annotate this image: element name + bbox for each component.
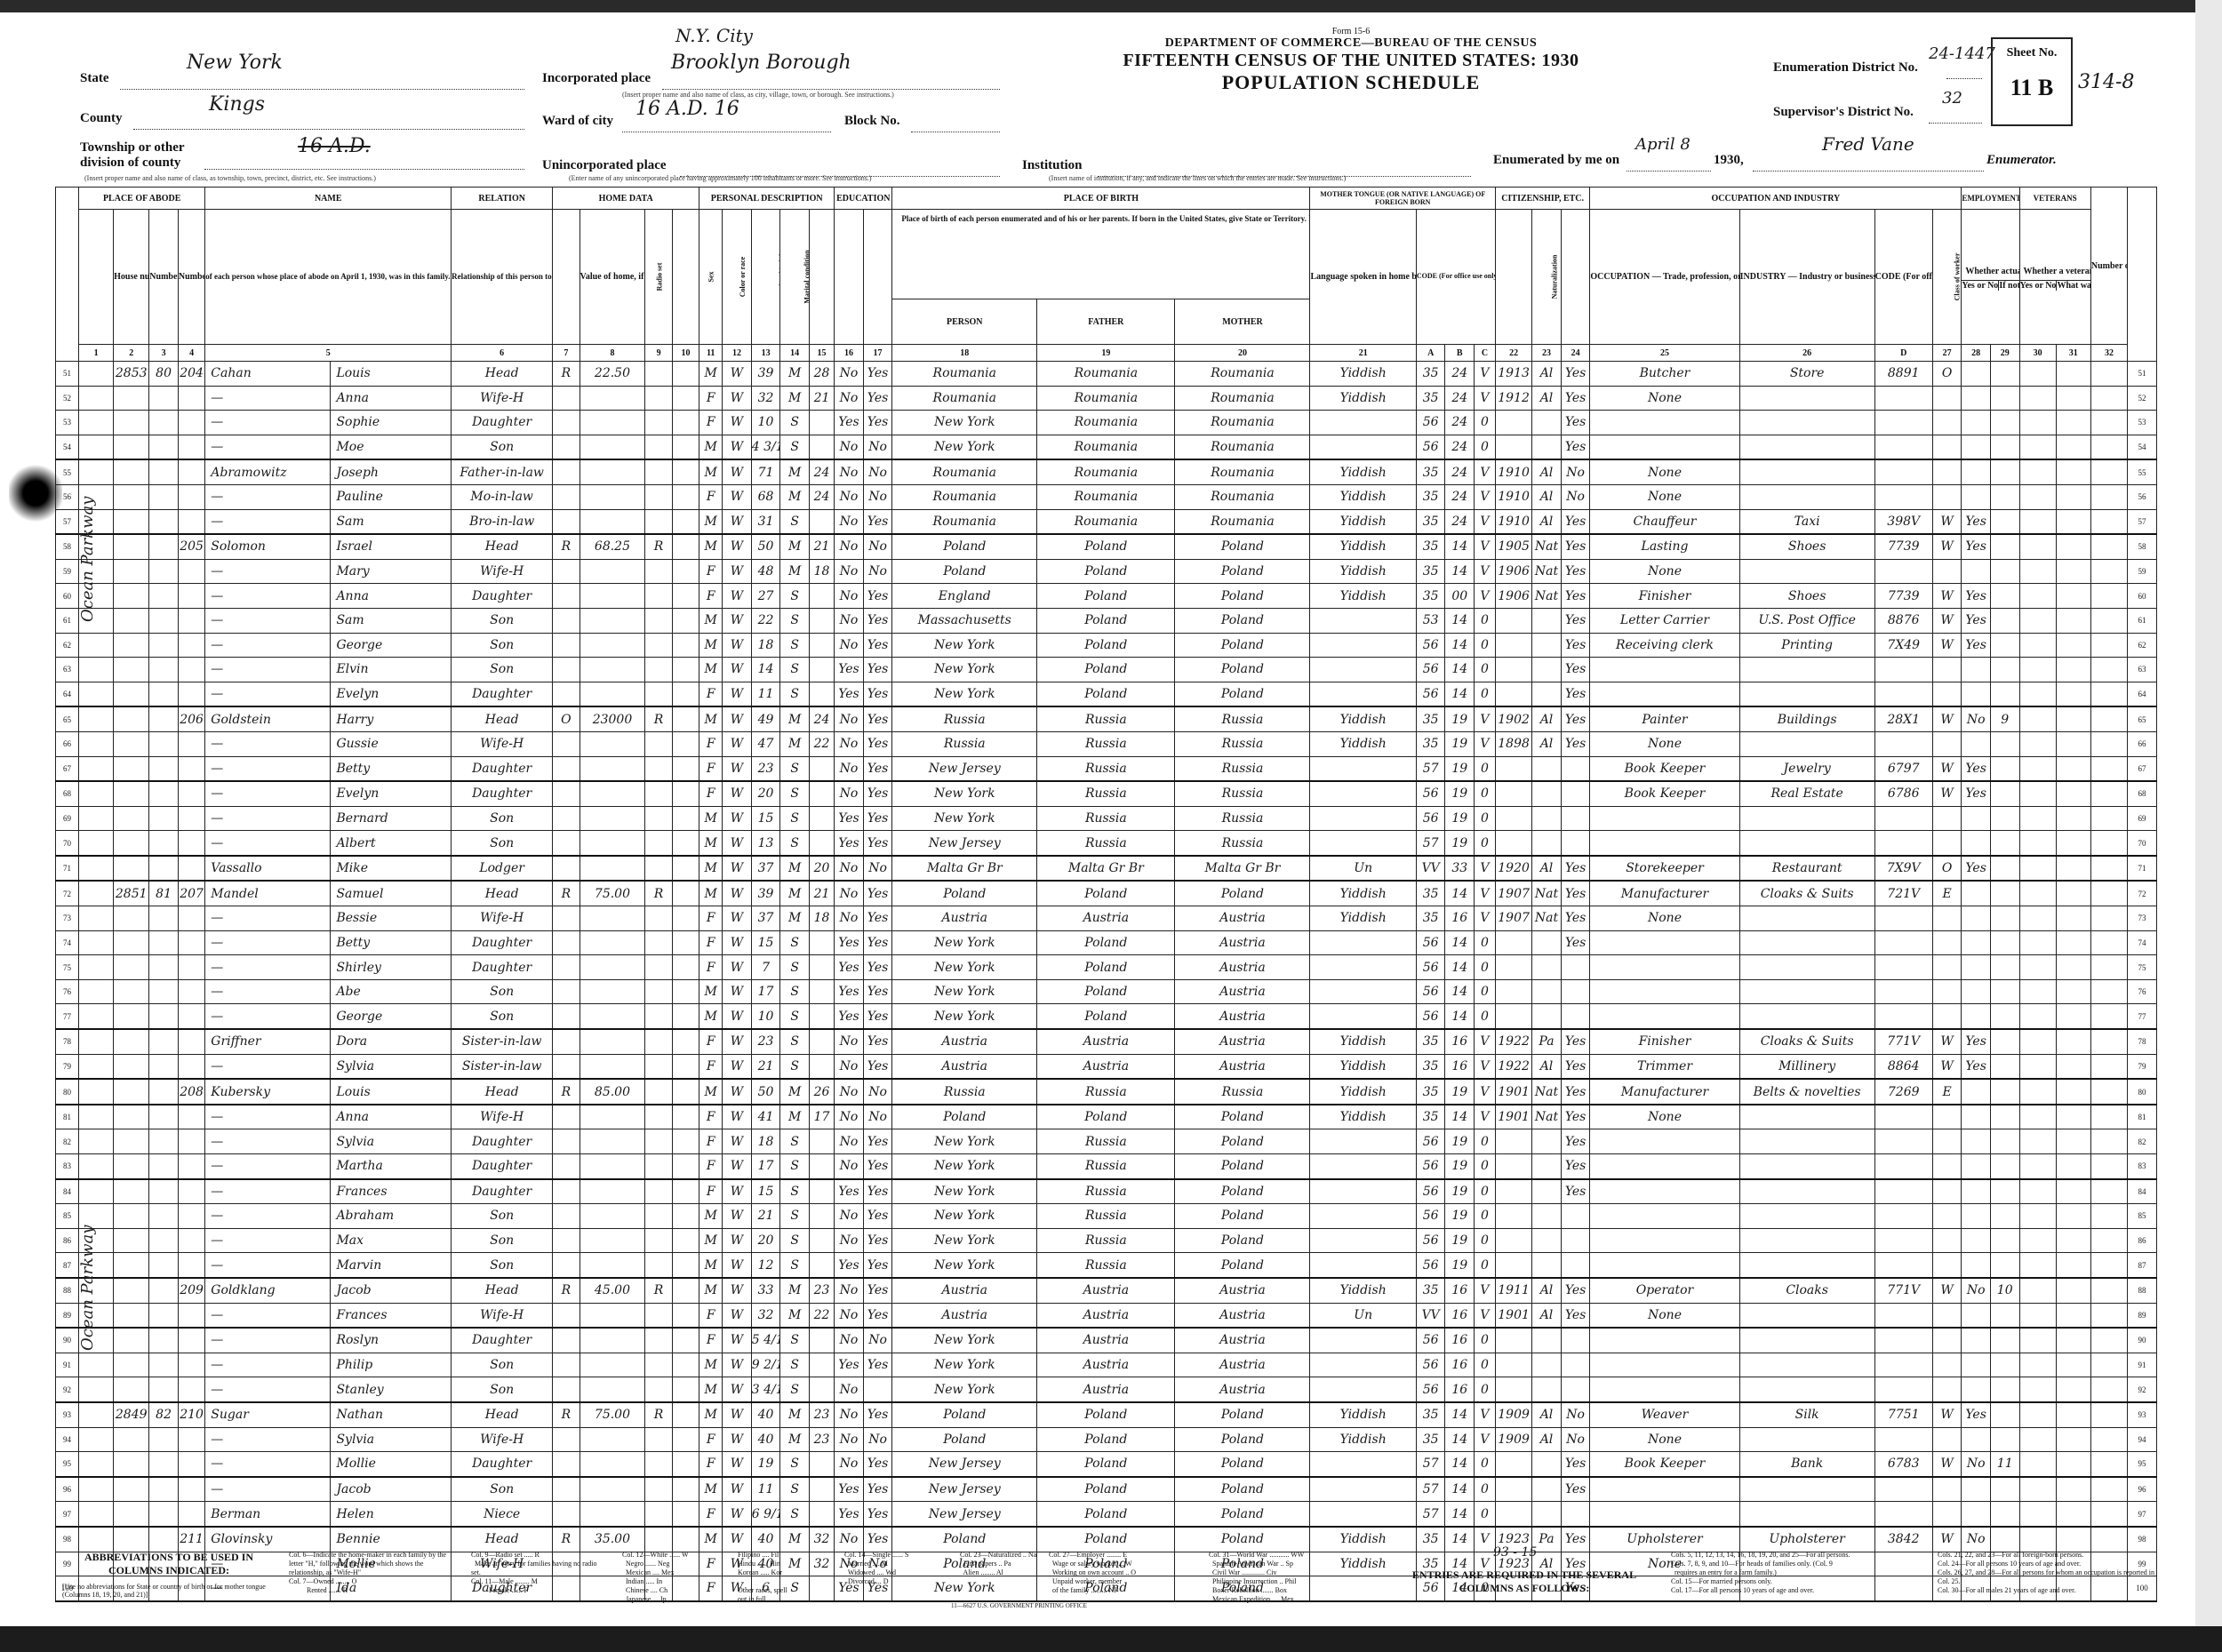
cell-value: [579, 435, 645, 459]
cell-value: [579, 1029, 645, 1054]
cell-birth-mother: Malta Gr Br: [1175, 856, 1310, 882]
footer-col6: Col. 6—Indicate the home-maker in each f…: [289, 1551, 453, 1595]
cell-code-d: [1874, 1253, 1932, 1278]
cell-age: 18: [751, 633, 780, 658]
cell-code-d: 8891: [1874, 362, 1932, 387]
cell-family: [178, 411, 204, 435]
cell-sex: F: [699, 584, 723, 609]
cell-relation: Son: [452, 1204, 553, 1229]
cell-code-a: 56: [1416, 1253, 1445, 1278]
table-row: 62—GeorgeSonMW18SNoYesNew YorkPolandPola…: [56, 633, 2157, 658]
cell-english: No: [1561, 1402, 1590, 1427]
cell-family: [178, 633, 204, 658]
cell-english: Yes: [1561, 362, 1590, 387]
cell-value: [579, 1452, 645, 1477]
cell-vet: [2019, 362, 2056, 387]
cell-marital: S: [780, 1253, 810, 1278]
cell-class: [1932, 979, 1962, 1004]
cell-family: [178, 1004, 204, 1029]
cell-code-d: [1874, 806, 1932, 831]
cell-owned: [553, 682, 579, 706]
cell-code-c: 0: [1475, 1353, 1496, 1377]
cell-occupation: Weaver: [1590, 1402, 1739, 1427]
cell-relation: Son: [452, 633, 553, 658]
cell-marital: S: [780, 633, 810, 658]
cell-code-b: 14: [1445, 1477, 1475, 1502]
cell-immig: [1495, 1328, 1531, 1353]
cell-birth-father: Austria: [1037, 906, 1175, 931]
cell-natur: [1532, 608, 1562, 633]
colnum-24: 24: [1561, 345, 1590, 362]
cell-farm: [672, 1328, 699, 1353]
footer-instructions: ABBREVIATIONS TO BE USED IN COLUMNS INDI…: [62, 1551, 2160, 1622]
header-family-number: Number of family in order of visitation: [178, 210, 204, 345]
cell-emp: [1962, 1427, 1991, 1452]
cell-immig: [1495, 633, 1531, 658]
cell-vet: [2019, 1303, 2056, 1328]
cell-occupation: Book Keeper: [1590, 756, 1739, 781]
cell-dwelling: [149, 1179, 179, 1204]
cell-birth-person: New Jersey: [892, 1452, 1037, 1477]
cell-language: Un: [1310, 856, 1416, 882]
cell-farm-no: [2090, 1328, 2127, 1353]
cell-family: [178, 484, 204, 509]
header-sex: Sex: [699, 210, 723, 345]
cell-code-c: V: [1475, 509, 1496, 534]
incorporated-value-top: N.Y. City: [675, 25, 753, 46]
cell-read: Yes: [863, 1004, 892, 1029]
cell-vet: [2019, 534, 2056, 559]
table-row: 68—EvelynDaughterFW20SNoYesNew YorkRussi…: [56, 781, 2157, 806]
line-number: 79: [56, 1054, 79, 1079]
cell-english: Yes: [1561, 682, 1590, 706]
cell-english: [1561, 1502, 1590, 1527]
cell-farm-no: [2090, 1278, 2127, 1303]
cell-occupation: [1590, 411, 1739, 435]
cell-immig: [1495, 1129, 1531, 1154]
cell-owned: [553, 1129, 579, 1154]
cell-farm: [672, 1402, 699, 1427]
cell-owned: [553, 559, 579, 584]
colnum-18: 18: [892, 345, 1037, 362]
header-veteran: Yes or No: [2020, 281, 2057, 291]
cell-war: [2056, 706, 2090, 731]
cell-unemp: [1990, 459, 2019, 484]
cell-industry: Taxi: [1739, 509, 1874, 534]
cell-occupation: Operator: [1590, 1278, 1739, 1303]
cell-age-married: [809, 831, 834, 856]
cell-class: [1932, 1328, 1962, 1353]
cell-read: [863, 1377, 892, 1402]
colnum-20: 20: [1175, 345, 1310, 362]
cell-farm-no: [2090, 559, 2127, 584]
cell-value: [579, 584, 645, 609]
cell-birth-person: New York: [892, 411, 1037, 435]
cell-owned: [553, 856, 579, 882]
cell-class: W: [1932, 584, 1962, 609]
cell-english: Yes: [1561, 706, 1590, 731]
cell-age-married: 32: [809, 1527, 834, 1552]
cell-age: 39: [751, 362, 780, 387]
cell-language: Yiddish: [1310, 1029, 1416, 1054]
cell-war: [2056, 633, 2090, 658]
cell-natur: Nat: [1532, 906, 1562, 931]
line-number: 93: [56, 1402, 79, 1427]
cell-age-married: [809, 1054, 834, 1079]
colnum-27: 27: [1932, 345, 1962, 362]
cell-class: [1932, 411, 1962, 435]
line-number: 89: [56, 1303, 79, 1328]
cell-vet: [2019, 484, 2056, 509]
cell-dwelling: [149, 534, 179, 559]
incorporated-label: Incorporated place: [542, 71, 651, 86]
cell-value: [579, 608, 645, 633]
cell-age-married: [809, 979, 834, 1004]
colnum-5: 5: [205, 345, 452, 362]
cell-value: [579, 509, 645, 534]
cell-surname: —: [205, 1228, 331, 1253]
cell-street: [79, 1477, 114, 1502]
cell-occupation: [1590, 682, 1739, 706]
cell-marital: S: [780, 1179, 810, 1204]
cell-marital: S: [780, 979, 810, 1004]
cell-surname: —: [205, 831, 331, 856]
cell-birth-person: New York: [892, 1328, 1037, 1353]
cell-occupation: [1590, 1502, 1739, 1527]
cell-age-married: [809, 1228, 834, 1253]
cell-given: Gussie: [331, 731, 452, 756]
cell-birth-person: New York: [892, 1353, 1037, 1377]
cell-farm-no: [2090, 1129, 2127, 1154]
colnum-23: 23: [1532, 345, 1562, 362]
cell-house: [114, 559, 149, 584]
line-number-right: 58: [2128, 534, 2157, 559]
cell-code-c: 0: [1475, 1179, 1496, 1204]
cell-war: [2056, 1402, 2090, 1427]
cell-farm: [672, 1179, 699, 1204]
cell-language: [1310, 1477, 1416, 1502]
cell-code-c: V: [1475, 1029, 1496, 1054]
cell-relation: Wife-H: [452, 731, 553, 756]
cell-code-a: 35: [1416, 386, 1445, 411]
cell-dwelling: [149, 1502, 179, 1527]
cell-school: Yes: [835, 1477, 864, 1502]
cell-read: No: [863, 1105, 892, 1129]
cell-class: W: [1932, 1278, 1962, 1303]
cell-class: [1932, 1105, 1962, 1129]
cell-birth-person: Russia: [892, 1079, 1037, 1105]
cell-birth-father: Russia: [1037, 731, 1175, 756]
cell-immig: 1910: [1495, 509, 1531, 534]
header-race: Color or race: [723, 210, 752, 345]
cell-farm: [672, 1353, 699, 1377]
cell-age-married: 24: [809, 706, 834, 731]
cell-birth-father: Poland: [1037, 1402, 1175, 1427]
cell-occupation: [1590, 1477, 1739, 1502]
table-row: 70—AlbertSonMW13SYesYesNew JerseyRussiaR…: [56, 831, 2157, 856]
cell-code-b: 19: [1445, 1228, 1475, 1253]
cell-immig: [1495, 411, 1531, 435]
group-relation: RELATION: [452, 188, 553, 210]
cell-marital: M: [780, 484, 810, 509]
cell-war: [2056, 856, 2090, 882]
line-number: 82: [56, 1129, 79, 1154]
cell-street: [79, 1154, 114, 1179]
cell-code-a: 35: [1416, 731, 1445, 756]
cell-unemp: [1990, 608, 2019, 633]
cell-value: [579, 1377, 645, 1402]
cell-natur: Al: [1532, 856, 1562, 882]
cell-farm: [672, 362, 699, 387]
cell-sex: M: [699, 1527, 723, 1552]
cell-owned: R: [553, 1079, 579, 1105]
cell-occupation: Manufacturer: [1590, 1079, 1739, 1105]
cell-birth-mother: Russia: [1175, 756, 1310, 781]
cell-vet: [2019, 706, 2056, 731]
cell-school: No: [835, 1054, 864, 1079]
cell-street: [79, 1129, 114, 1154]
cell-birth-father: Russia: [1037, 1204, 1175, 1229]
cell-vet: [2019, 1054, 2056, 1079]
cell-vet: [2019, 1452, 2056, 1477]
cell-english: Yes: [1561, 509, 1590, 534]
cell-house: [114, 1502, 149, 1527]
cell-immig: [1495, 682, 1531, 706]
cell-emp: No: [1962, 1527, 1991, 1552]
cell-sex: M: [699, 1377, 723, 1402]
cell-birth-person: New York: [892, 1253, 1037, 1278]
cell-race: W: [723, 1079, 752, 1105]
cell-farm-no: [2090, 411, 2127, 435]
cell-school: No: [835, 584, 864, 609]
cell-code-a: 35: [1416, 1278, 1445, 1303]
cell-immig: 1922: [1495, 1054, 1531, 1079]
cell-unemp: [1990, 881, 2019, 906]
cell-code-a: 35: [1416, 1029, 1445, 1054]
cell-age: 12: [751, 1253, 780, 1278]
header-unemployment-line: If not, line number on Unemployment Sche…: [1998, 281, 2019, 291]
cell-value: [579, 1204, 645, 1229]
schedule-title: POPULATION SCHEDULE: [1049, 71, 1653, 94]
cell-natur: [1532, 411, 1562, 435]
line-number: 67: [56, 756, 79, 781]
cell-occupation: [1590, 1179, 1739, 1204]
cell-relation: Head: [452, 1278, 553, 1303]
cell-code-c: 0: [1475, 411, 1496, 435]
cell-age: 15: [751, 1179, 780, 1204]
cell-farm-no: [2090, 1477, 2127, 1502]
cell-birth-person: Poland: [892, 1105, 1037, 1129]
cell-vet: [2019, 1154, 2056, 1179]
cell-radio: [645, 1204, 672, 1229]
cell-code-d: 8876: [1874, 608, 1932, 633]
cell-house: [114, 1054, 149, 1079]
cell-race: W: [723, 633, 752, 658]
header-immigration-year: Year of immigration to the United States: [1495, 210, 1531, 345]
colnum-32: 32: [2090, 345, 2127, 362]
line-number-right: 75: [2128, 955, 2157, 980]
cell-value: [579, 955, 645, 980]
cell-house: [114, 831, 149, 856]
county-label: County: [80, 111, 123, 126]
line-number-right: 71: [2128, 856, 2157, 882]
cell-birth-mother: Austria: [1175, 1054, 1310, 1079]
table-row: 66—GussieWife-HFW47M22NoYesRussiaRussiaR…: [56, 731, 2157, 756]
cell-owned: [553, 435, 579, 459]
cell-war: [2056, 1328, 2090, 1353]
table-row: 57—SamBro-in-lawMW31SNoYesRoumaniaRouman…: [56, 509, 2157, 534]
cell-class: [1932, 1204, 1962, 1229]
cell-code-b: 14: [1445, 1527, 1475, 1552]
cell-code-b: 16: [1445, 1377, 1475, 1402]
cell-code-c: V: [1475, 1303, 1496, 1328]
cell-industry: [1739, 806, 1874, 831]
cell-value: 23000: [579, 706, 645, 731]
cell-english: No: [1561, 1427, 1590, 1452]
cell-marital: S: [780, 658, 810, 682]
cell-emp: Yes: [1962, 509, 1991, 534]
pencil-note: 93 - 15: [1493, 1545, 1537, 1560]
cell-age: 9 2/12: [751, 1353, 780, 1377]
cell-sex: F: [699, 1427, 723, 1452]
cell-family: 209: [178, 1278, 204, 1303]
cell-relation: Son: [452, 1477, 553, 1502]
cell-birth-mother: Austria: [1175, 930, 1310, 955]
cell-war: [2056, 608, 2090, 633]
table-row: 92—StanleySonMW3 4/12SNoNew YorkAustriaA…: [56, 1377, 2157, 1402]
cell-radio: [645, 856, 672, 882]
cell-code-c: V: [1475, 362, 1496, 387]
cell-age-married: [809, 930, 834, 955]
unincorporated-note: (Enter name of any unincorporated place …: [569, 174, 872, 182]
cell-surname: —: [205, 509, 331, 534]
cell-birth-father: Russia: [1037, 831, 1175, 856]
cell-surname: Griffner: [205, 1029, 331, 1054]
cell-marital: S: [780, 1054, 810, 1079]
cell-sex: F: [699, 484, 723, 509]
cell-school: No: [835, 1303, 864, 1328]
line-number-right: 74: [2128, 930, 2157, 955]
cell-age-married: 18: [809, 559, 834, 584]
cell-school: No: [835, 362, 864, 387]
cell-marital: S: [780, 1004, 810, 1029]
cell-read: Yes: [863, 386, 892, 411]
cell-age: 31: [751, 509, 780, 534]
cell-birth-father: Poland: [1037, 608, 1175, 633]
cell-race: W: [723, 1477, 752, 1502]
cell-birth-person: Massachusetts: [892, 608, 1037, 633]
cell-class: W: [1932, 633, 1962, 658]
table-row: 89—FrancesWife-HFW32M22NoYesAustriaAustr…: [56, 1303, 2157, 1328]
cell-farm-no: [2090, 1029, 2127, 1054]
cell-street: [79, 979, 114, 1004]
header-employment: Whether actually at work yesterday (or t…: [1962, 210, 2019, 345]
cell-code-a: VV: [1416, 856, 1445, 882]
cell-radio: [645, 1129, 672, 1154]
enumerated-year: 1930,: [1714, 153, 1744, 168]
group-personal-description: PERSONAL DESCRIPTION: [699, 188, 835, 210]
table-row: 64—EvelynDaughterFW11SYesYesNew YorkPola…: [56, 682, 2157, 706]
cell-language: [1310, 1452, 1416, 1477]
table-row: 88209GoldklangJacobHeadR45.00RMW33M23NoY…: [56, 1278, 2157, 1303]
cell-surname: Vassallo: [205, 856, 331, 882]
cell-unemp: [1990, 386, 2019, 411]
line-number-right: 91: [2128, 1353, 2157, 1377]
cell-immig: [1495, 806, 1531, 831]
cell-code-a: 56: [1416, 658, 1445, 682]
cell-dwelling: [149, 1079, 179, 1105]
line-number: 97: [56, 1502, 79, 1527]
header-naturalization: Naturalization: [1532, 210, 1562, 345]
cell-farm-no: [2090, 1179, 2127, 1204]
cell-dwelling: [149, 1228, 179, 1253]
cell-given: Sylvia: [331, 1054, 452, 1079]
cell-age-married: [809, 633, 834, 658]
cell-code-a: 56: [1416, 930, 1445, 955]
cell-read: Yes: [863, 881, 892, 906]
cell-birth-person: New York: [892, 1129, 1037, 1154]
cell-birth-mother: Poland: [1175, 1527, 1310, 1552]
cell-marital: S: [780, 831, 810, 856]
cell-radio: [645, 658, 672, 682]
cell-birth-father: Poland: [1037, 1427, 1175, 1452]
cell-english: Yes: [1561, 930, 1590, 955]
cell-code-b: 19: [1445, 1129, 1475, 1154]
cell-birth-father: Poland: [1037, 658, 1175, 682]
cell-code-d: 7751: [1874, 1402, 1932, 1427]
cell-read: Yes: [863, 906, 892, 931]
cell-marital: S: [780, 1502, 810, 1527]
cell-owned: [553, 484, 579, 509]
cell-war: [2056, 1278, 2090, 1303]
enumerator-name: Fred Vane: [1822, 133, 1914, 155]
cell-language: Yiddish: [1310, 459, 1416, 484]
cell-birth-person: Austria: [892, 1303, 1037, 1328]
cell-school: Yes: [835, 1253, 864, 1278]
cell-code-a: 56: [1416, 1328, 1445, 1353]
cell-unemp: [1990, 1105, 2019, 1129]
cell-age-married: [809, 1004, 834, 1029]
cell-family: 204: [178, 362, 204, 387]
cell-emp: [1962, 1129, 1991, 1154]
cell-vet: [2019, 1228, 2056, 1253]
cell-code-d: [1874, 1353, 1932, 1377]
header-mother: MOTHER: [1174, 299, 1309, 344]
cell-industry: [1739, 1228, 1874, 1253]
cell-farm-no: [2090, 1154, 2127, 1179]
cell-natur: Al: [1532, 509, 1562, 534]
cell-vet: [2019, 1353, 2056, 1377]
cell-house: [114, 484, 149, 509]
cell-age: 14: [751, 658, 780, 682]
cell-code-b: 24: [1445, 362, 1475, 387]
cell-family: [178, 856, 204, 882]
cell-family: [178, 608, 204, 633]
group-citizenship: CITIZENSHIP, ETC.: [1495, 188, 1589, 210]
cell-given: Dora: [331, 1029, 452, 1054]
cell-occupation: None: [1590, 731, 1739, 756]
cell-language: [1310, 1204, 1416, 1229]
cell-industry: [1739, 1253, 1874, 1278]
cell-family: 211: [178, 1527, 204, 1552]
cell-english: No: [1561, 484, 1590, 509]
cell-unemp: [1990, 930, 2019, 955]
cell-language: [1310, 682, 1416, 706]
column-number-row: 1 2 3 4 5 6 7 8 9 10 11 12 13 14 15 16 1…: [56, 345, 2157, 362]
cell-school: Yes: [835, 1004, 864, 1029]
entries-title: ENTRIES ARE REQUIRED IN THE SEVERAL COLU…: [1395, 1568, 1653, 1595]
cell-code-c: V: [1475, 731, 1496, 756]
